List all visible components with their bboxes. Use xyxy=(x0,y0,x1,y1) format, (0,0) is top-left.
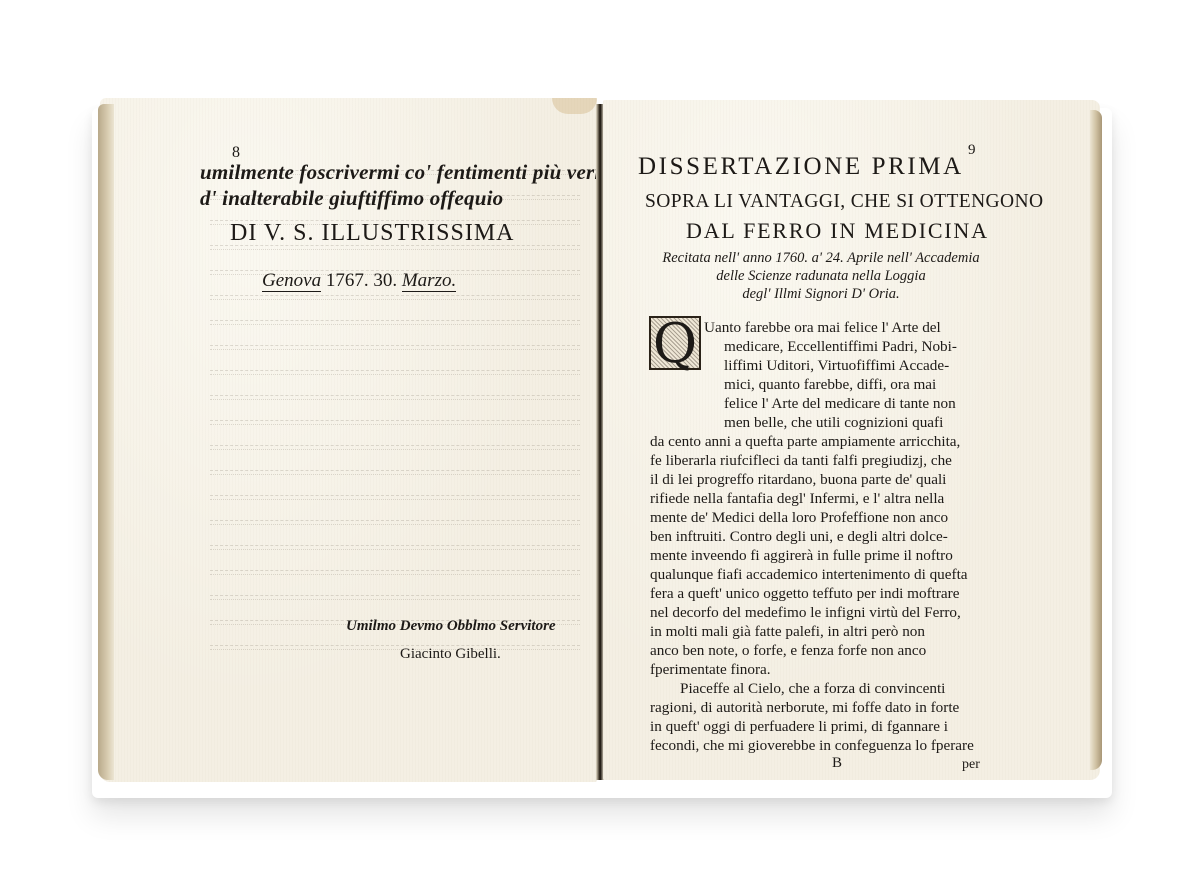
body-line: mente inveendo fi aggirerà in fulle prim… xyxy=(650,546,953,565)
closing-line-2: d' inalterabile giuftiffimo offequio xyxy=(200,186,503,211)
date-year-day: 1767. 30. xyxy=(326,270,397,291)
date-month: Marzo. xyxy=(402,270,456,292)
body-line: fperimentate finora. xyxy=(650,660,771,679)
dissertation-title: DISSERTAZIONE PRIMA xyxy=(638,153,964,181)
signature-title: Umilmo Devmo Obblmo Servitore xyxy=(346,618,556,635)
body-line: felice l' Arte del medicare di tante non xyxy=(724,394,956,413)
body-line: in queft' oggi di perfuadere li primi, d… xyxy=(650,717,948,736)
page-number-right: 9 xyxy=(968,142,976,159)
drop-cap-letter: Q xyxy=(651,314,699,374)
body-line: fe liberarla riufcifleci da tanti falfi … xyxy=(650,451,952,470)
body-line: medicare, Eccellentiffimi Padri, Nobi- xyxy=(724,337,957,356)
body-line: da cento anni a quefta parte ampiamente … xyxy=(650,432,960,451)
body-line: fecondi, che mi gioverebbe in confeguenz… xyxy=(650,736,974,755)
signature-name: Giacinto Gibelli. xyxy=(400,646,501,663)
date-place: Genova xyxy=(262,270,321,292)
body-line: mente de' Medici della loro Profeffione … xyxy=(650,508,948,527)
right-page-worn-edge xyxy=(1090,110,1102,770)
recital-note-1: Recitata nell' anno 1760. a' 24. Aprile … xyxy=(636,250,1006,267)
dissertation-subtitle-2: DAL FERRO IN MEDICINA xyxy=(686,218,989,244)
body-line: in molti mali già fatte palefi, in altri… xyxy=(650,622,925,641)
body-line: rifiede nella fantafia degl' Infermi, e … xyxy=(650,489,944,508)
body-line: ben inftruiti. Contro degli uni, e degli… xyxy=(650,527,948,546)
catchword: per xyxy=(962,757,980,773)
body-line: il di lei progreffo ritardano, buona par… xyxy=(650,470,946,489)
recital-note-2: delle Scienze radunata nella Loggia xyxy=(636,268,1006,285)
salutation: DI V. S. ILLUSTRISSIMA xyxy=(230,220,515,247)
signature-mark: B xyxy=(832,755,842,772)
body-line: men belle, che utili cognizioni quafi xyxy=(724,413,943,432)
body-line: anco ben note, o forfe, e fenza forfe no… xyxy=(650,641,926,660)
body-line: ragioni, di autorità nerborute, mi foffe… xyxy=(650,698,959,717)
date-line: Genova 1767. 30. Marzo. xyxy=(262,270,456,292)
dissertation-subtitle-1: SOPRA LI VANTAGGI, CHE SI OTTENGONO xyxy=(645,191,1043,213)
woodcut-drop-cap: Q xyxy=(649,316,701,370)
body-line: nel decorfo del medefimo le infigni virt… xyxy=(650,603,961,622)
body-line: Uanto farebbe ora mai felice l' Arte del xyxy=(704,318,941,337)
body-line: qualunque fiafi accademico interteniment… xyxy=(650,565,968,584)
body-line: liffimi Uditori, Virtuofiffimi Accade- xyxy=(724,356,949,375)
left-page-worn-edge xyxy=(98,104,114,780)
body-line: Piaceffe al Cielo, che a forza di convin… xyxy=(680,679,945,698)
body-line: mici, quanto farebbe, diffi, ora mai xyxy=(724,375,936,394)
paper-stain xyxy=(552,98,597,114)
recital-note-3: degl' Illmi Signori D' Oria. xyxy=(636,286,1006,303)
closing-line-1: umilmente foscrivermi co' fentimenti più… xyxy=(200,160,600,185)
body-line: fera a queft' unico oggetto teffuto per … xyxy=(650,584,959,603)
